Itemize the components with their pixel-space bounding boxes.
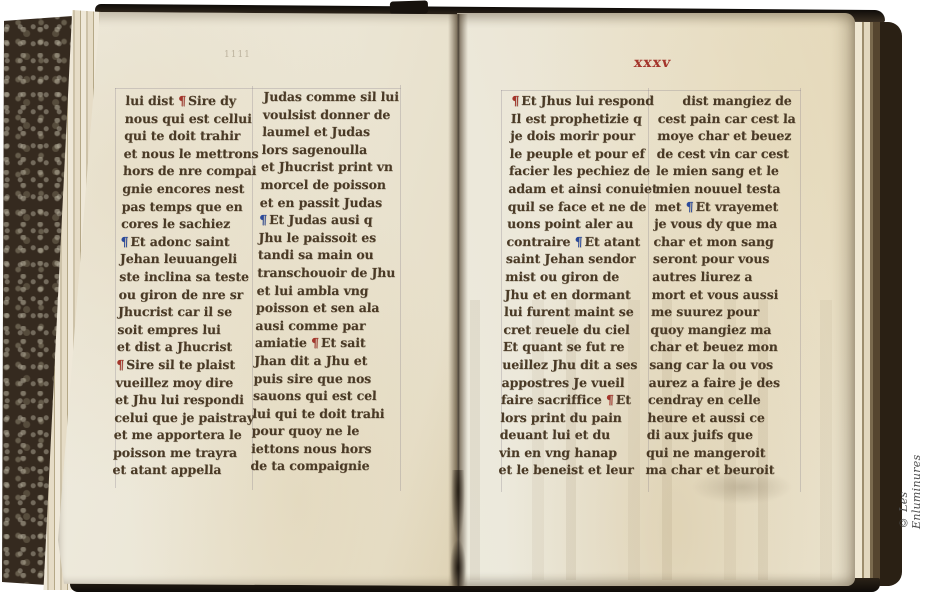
text-column-right-2: dist mangiez decest pain car cest lamoye… xyxy=(645,92,796,479)
manuscript-text-line: laumel et Judas xyxy=(262,123,401,141)
paraph-mark-blue: ¶ xyxy=(259,212,269,227)
manuscript-text-line: amiatie ¶Et sait xyxy=(255,334,394,352)
manuscript-text-line: et le beneist et leur xyxy=(498,461,648,479)
manuscript-text-line: autres liurez a xyxy=(652,268,791,286)
paraph-mark-red: ¶ xyxy=(511,93,521,108)
manuscript-text-line: vueillez moy dire xyxy=(115,374,255,392)
manuscript-text-line: ou giron de nre sr xyxy=(118,286,258,304)
manuscript-text-line: nous qui est cellui xyxy=(125,110,265,128)
manuscript-text-line: ausi comme par xyxy=(255,317,394,335)
faded-text-smudge xyxy=(692,470,792,504)
manuscript-text-line: le peuple et pour ef xyxy=(509,145,659,163)
paraph-mark-red: ¶ xyxy=(178,93,188,108)
manuscript-text-line: mien nouuel testa xyxy=(655,180,794,198)
manuscript-text-line: voulsist donner de xyxy=(263,106,402,124)
manuscript-text-line: char et mon sang xyxy=(653,233,792,251)
manuscript-text-line: cores le sachiez xyxy=(121,215,261,233)
manuscript-text-line: ueillez Jhu dit a ses xyxy=(502,356,652,374)
manuscript-text-line: et me apportera le xyxy=(113,426,253,444)
manuscript-text-line: di aux juifs que xyxy=(646,426,785,444)
manuscript-text-line: vin en vng hanap xyxy=(499,444,649,462)
manuscript-text-line: aurez a faire je des xyxy=(648,374,787,392)
manuscript-text-line: ¶Et Judas ausi q xyxy=(259,211,398,229)
manuscript-text-line: lui furent maint se xyxy=(504,303,654,321)
manuscript-text-line: facier les pechiez de xyxy=(509,162,659,180)
manuscript-text-line: cret reuele du ciel xyxy=(503,321,653,339)
manuscript-text-line: me suurez pour xyxy=(651,303,790,321)
manuscript-text-line: pas temps que en xyxy=(121,198,261,216)
manuscript-text-line: lors sagenoulla xyxy=(261,141,400,159)
manuscript-text-line: ¶Et Jhus lui respond xyxy=(511,92,661,110)
manuscript-text-line: Jhu et en dormant xyxy=(504,286,654,304)
manuscript-text-line: et nous le mettrons xyxy=(123,145,263,163)
manuscript-text-line: lui qui te doit trahi xyxy=(252,405,391,423)
manuscript-text-line: met ¶Et vrayemet xyxy=(654,198,793,216)
manuscript-photo: 1111 xxxv lui dist ¶Sire dynous qui est … xyxy=(0,0,930,600)
manuscript-text-line: seront pour vous xyxy=(653,250,792,268)
manuscript-text-line: contraire ¶Et atant xyxy=(506,233,656,251)
manuscript-text-line: faire sacriffice ¶Et xyxy=(501,391,651,409)
manuscript-text-line: sang car la ou vos xyxy=(649,356,788,374)
manuscript-text-line: transchouoir de Jhu xyxy=(257,264,396,282)
manuscript-text-line: Et quant se fut re xyxy=(503,338,653,356)
manuscript-text-line: et lui ambla vng xyxy=(256,282,395,300)
manuscript-text-line: poisson me trayra xyxy=(113,444,253,462)
paraph-mark-red: ¶ xyxy=(116,357,126,372)
manuscript-text-line: saint Jehan sendor xyxy=(506,250,656,268)
manuscript-text-line: et Jhu lui respondi xyxy=(115,391,255,409)
manuscript-text-line: lui dist ¶Sire dy xyxy=(125,92,265,110)
manuscript-text-line: cendray en celle xyxy=(648,391,787,409)
manuscript-text-line: moye char et beuez xyxy=(657,127,796,145)
manuscript-text-line: poisson et sen ala xyxy=(256,299,395,317)
manuscript-text-line: cest pain car cest la xyxy=(658,110,797,128)
manuscript-text-line: ¶Et adonc saint xyxy=(120,233,260,251)
manuscript-text-line: morcel de poisson xyxy=(260,176,399,194)
pencil-annotation: 1111 xyxy=(224,50,251,60)
manuscript-text-line: de ta compaignie xyxy=(250,457,389,475)
manuscript-text-line: char et beuez mon xyxy=(650,338,789,356)
manuscript-text-line: appostres Je vueil xyxy=(501,374,651,392)
ruling-line xyxy=(400,85,401,491)
manuscript-text-line: uons point aler au xyxy=(507,215,657,233)
manuscript-text-line: celui que je paistray xyxy=(114,409,254,427)
manuscript-text-line: et dist a Jhucrist xyxy=(117,338,257,356)
manuscript-text-line: quil se face et ne de xyxy=(507,198,657,216)
manuscript-text-line: le mien sang et le xyxy=(656,162,795,180)
manuscript-text-line: Jhan dit a Jhu et xyxy=(254,352,393,370)
gutter-stain-bottom xyxy=(450,540,466,586)
manuscript-text-line: et Jhucrist print vn xyxy=(261,158,400,176)
manuscript-text-line: je vous dy que ma xyxy=(654,215,793,233)
manuscript-text-line: pour quoy ne le xyxy=(251,422,390,440)
paraph-mark-blue: ¶ xyxy=(120,234,130,249)
manuscript-text-line: et en passit Judas xyxy=(259,194,398,212)
manuscript-text-line: heure et aussi ce xyxy=(647,409,786,427)
manuscript-text-line: lors print du pain xyxy=(500,409,650,427)
paraph-mark-blue: ¶ xyxy=(685,199,695,214)
manuscript-text-line: dist mangiez de xyxy=(658,92,797,110)
manuscript-text-line: de cest vin car cest xyxy=(656,145,795,163)
manuscript-text-line: Jehan leuuangeli xyxy=(120,250,260,268)
binding-tab xyxy=(390,0,428,14)
folio-number: xxxv xyxy=(633,55,672,71)
manuscript-text-line: Jhucrist car il se xyxy=(118,303,258,321)
manuscript-text-line: ¶Sire sil te plaist xyxy=(116,356,256,374)
gutter-stain xyxy=(451,470,465,540)
paraph-mark-blue: ¶ xyxy=(574,234,584,249)
manuscript-text-line: tandi sa main ou xyxy=(258,246,397,264)
manuscript-text-line: deuant lui et du xyxy=(499,426,649,444)
copyright-credit: © Les Enluminures xyxy=(897,414,923,529)
manuscript-text-line: je dois morir pour xyxy=(510,127,660,145)
ruling-line xyxy=(800,88,801,492)
manuscript-text-line: mort et vous aussi xyxy=(651,286,790,304)
ruling-line xyxy=(501,90,801,91)
manuscript-text-line: hors de nre compai xyxy=(123,162,263,180)
manuscript-text-line: sauons qui est cel xyxy=(253,387,392,405)
manuscript-text-line: qui te doit trahir xyxy=(124,127,264,145)
manuscript-text-line: Judas comme sil lui xyxy=(263,88,402,106)
paraph-mark-red: ¶ xyxy=(606,392,616,407)
manuscript-text-line: Il est prophetizie q xyxy=(511,110,661,128)
manuscript-text-line: Jhu le paissoit es xyxy=(258,229,397,247)
text-column-right-1: ¶Et Jhus lui respondIl est prophetizie q… xyxy=(498,92,661,479)
manuscript-text-line: mist ou giron de xyxy=(505,268,655,286)
text-column-left-1: lui dist ¶Sire dynous qui est celluiqui … xyxy=(112,92,265,479)
manuscript-text-line: qui ne mangeroit xyxy=(646,444,785,462)
manuscript-text-line: adam et ainsi conuiet xyxy=(508,180,658,198)
text-column-left-2: Judas comme sil luivoulsist donner delau… xyxy=(250,88,401,475)
manuscript-text-line: iettons nous hors xyxy=(251,440,390,458)
manuscript-text-line: et atant appella xyxy=(112,461,252,479)
paraph-mark-red: ¶ xyxy=(311,335,321,350)
manuscript-text-line: ste inclina sa teste xyxy=(119,268,259,286)
manuscript-text-line: puis sire que nos xyxy=(253,370,392,388)
manuscript-text-line: quoy mangiez ma xyxy=(650,321,789,339)
manuscript-text-line: gnie encores nest xyxy=(122,180,262,198)
manuscript-text-line: soit empres lui xyxy=(117,321,257,339)
